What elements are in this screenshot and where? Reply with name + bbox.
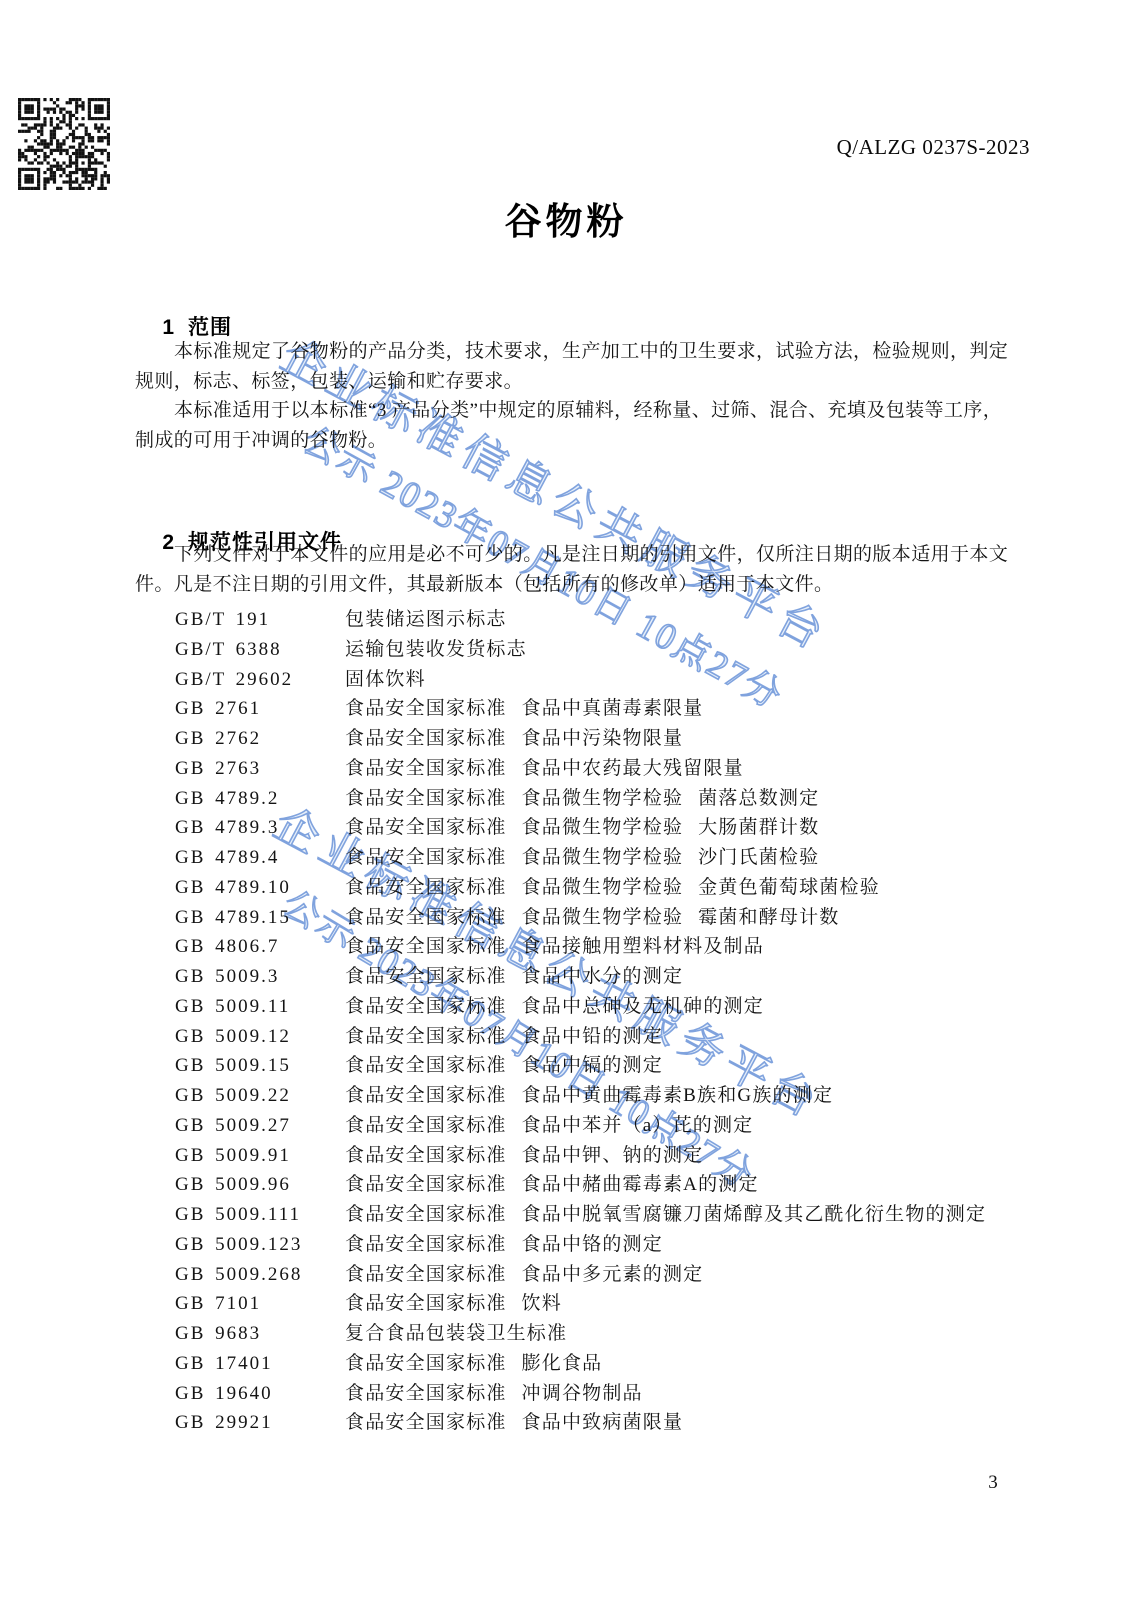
text-line: 规则，标志、标签，包装、运输和贮存要求。 (135, 367, 1020, 397)
reference-title: 运输包装收发货标志 (345, 635, 527, 665)
reference-row: GB 5009.27食品安全国家标准 食品中苯并（a）芘的测定 (175, 1111, 1055, 1141)
reference-code: GB 4789.2 (175, 784, 345, 814)
reference-code: GB 4789.4 (175, 843, 345, 873)
reference-row: GB 7101食品安全国家标准 饮料 (175, 1289, 1055, 1319)
reference-row: GB 5009.91食品安全国家标准 食品中钾、钠的测定 (175, 1141, 1055, 1171)
reference-code: GB 29921 (175, 1408, 345, 1438)
reference-code: GB 5009.27 (175, 1111, 345, 1141)
reference-row: GB 4789.4食品安全国家标准 食品微生物学检验 沙门氏菌检验 (175, 843, 1055, 873)
reference-code: GB 4789.3 (175, 813, 345, 843)
page-title: 谷物粉 (0, 191, 1132, 245)
reference-row: GB 29921食品安全国家标准 食品中致病菌限量 (175, 1408, 1055, 1438)
text-line: 件。凡是不注日期的引用文件，其最新版本（包括所有的修改单）适用于本文件。 (135, 570, 1020, 600)
reference-code: GB 5009.268 (175, 1260, 345, 1290)
reference-title: 食品安全国家标准 食品微生物学检验 金黄色葡萄球菌检验 (345, 873, 880, 903)
reference-title: 食品安全国家标准 食品中农药最大残留限量 (345, 754, 744, 784)
reference-row: GB 5009.11食品安全国家标准 食品中总砷及无机砷的测定 (175, 992, 1055, 1022)
reference-title: 食品安全国家标准 食品微生物学检验 沙门氏菌检验 (345, 843, 819, 873)
reference-title: 食品安全国家标准 食品中真菌毒素限量 (345, 694, 703, 724)
references-list: GB/T 191包装储运图示标志GB/T 6388运输包装收发货标志GB/T 2… (175, 605, 1055, 1438)
reference-row: GB 5009.96食品安全国家标准 食品中赭曲霉毒素A的测定 (175, 1170, 1055, 1200)
reference-code: GB 5009.96 (175, 1170, 345, 1200)
reference-code: GB 4789.10 (175, 873, 345, 903)
reference-title: 食品安全国家标准 食品中镉的测定 (345, 1051, 663, 1081)
reference-code: GB 17401 (175, 1349, 345, 1379)
text-line: 下列文件对于本文件的应用是必不可少的。凡是注日期的引用文件，仅所注日期的版本适用… (135, 540, 1020, 570)
scope-paragraphs: 本标准规定了谷物粉的产品分类，技术要求，生产加工中的卫生要求，试验方法，检验规则… (135, 337, 1020, 456)
reference-title: 食品安全国家标准 食品中多元素的测定 (345, 1260, 703, 1290)
text-line: 制成的可用于冲调的谷物粉。 (135, 426, 1020, 456)
reference-title: 食品安全国家标准 食品中总砷及无机砷的测定 (345, 992, 764, 1022)
reference-title: 食品安全国家标准 食品接触用塑料材料及制品 (345, 932, 764, 962)
reference-code: GB 5009.91 (175, 1141, 345, 1171)
reference-title: 食品安全国家标准 冲调谷物制品 (345, 1379, 643, 1409)
reference-row: GB 5009.111食品安全国家标准 食品中脱氧雪腐镰刀菌烯醇及其乙酰化衍生物… (175, 1200, 1055, 1230)
reference-row: GB 5009.123食品安全国家标准 食品中铬的测定 (175, 1230, 1055, 1260)
page-number: 3 (980, 1472, 1006, 1494)
reference-row: GB/T 191包装储运图示标志 (175, 605, 1055, 635)
reference-title: 食品安全国家标准 食品中钾、钠的测定 (345, 1141, 703, 1171)
reference-row: GB 5009.12食品安全国家标准 食品中铅的测定 (175, 1022, 1055, 1052)
reference-row: GB/T 29602固体饮料 (175, 665, 1055, 695)
reference-row: GB 4806.7食品安全国家标准 食品接触用塑料材料及制品 (175, 932, 1055, 962)
reference-row: GB 2762食品安全国家标准 食品中污染物限量 (175, 724, 1055, 754)
document-page: Q/ALZG 0237S-2023 谷物粉 企业标准信息公共服务平台 公示 20… (0, 0, 1132, 1600)
reference-title: 包装储运图示标志 (345, 605, 507, 635)
reference-row: GB 2761食品安全国家标准 食品中真菌毒素限量 (175, 694, 1055, 724)
reference-title: 食品安全国家标准 膨化食品 (345, 1349, 602, 1379)
reference-title: 食品安全国家标准 食品微生物学检验 大肠菌群计数 (345, 813, 819, 843)
section-title: 范围 (188, 316, 232, 339)
reference-code: GB/T 29602 (175, 665, 345, 695)
reference-title: 食品安全国家标准 食品中铬的测定 (345, 1230, 663, 1260)
reference-title: 食品安全国家标准 食品中脱氧雪腐镰刀菌烯醇及其乙酰化衍生物的测定 (345, 1200, 986, 1230)
reference-code: GB 4789.15 (175, 903, 345, 933)
reference-row: GB/T 6388运输包装收发货标志 (175, 635, 1055, 665)
reference-code: GB 2762 (175, 724, 345, 754)
reference-title: 食品安全国家标准 食品中苯并（a）芘的测定 (345, 1111, 753, 1141)
reference-title: 食品安全国家标准 食品中黄曲霉毒素B族和G族的测定 (345, 1081, 833, 1111)
reference-row: GB 5009.22食品安全国家标准 食品中黄曲霉毒素B族和G族的测定 (175, 1081, 1055, 1111)
reference-row: GB 5009.3食品安全国家标准 食品中水分的测定 (175, 962, 1055, 992)
reference-code: GB/T 191 (175, 605, 345, 635)
reference-title: 食品安全国家标准 食品中污染物限量 (345, 724, 683, 754)
reference-title: 食品安全国家标准 食品中铅的测定 (345, 1022, 663, 1052)
reference-title: 食品安全国家标准 食品微生物学检验 菌落总数测定 (345, 784, 819, 814)
reference-row: GB 4789.2食品安全国家标准 食品微生物学检验 菌落总数测定 (175, 784, 1055, 814)
reference-row: GB 4789.15食品安全国家标准 食品微生物学检验 霉菌和酵母计数 (175, 903, 1055, 933)
reference-code: GB 2761 (175, 694, 345, 724)
normative-intro-paragraph: 下列文件对于本文件的应用是必不可少的。凡是注日期的引用文件，仅所注日期的版本适用… (135, 540, 1020, 599)
reference-row: GB 2763食品安全国家标准 食品中农药最大残留限量 (175, 754, 1055, 784)
reference-row: GB 4789.3食品安全国家标准 食品微生物学检验 大肠菌群计数 (175, 813, 1055, 843)
reference-title: 食品安全国家标准 食品中水分的测定 (345, 962, 683, 992)
reference-code: GB 5009.15 (175, 1051, 345, 1081)
text-line: 本标准规定了谷物粉的产品分类，技术要求，生产加工中的卫生要求，试验方法，检验规则… (135, 337, 1020, 367)
reference-code: GB 5009.11 (175, 992, 345, 1022)
reference-title: 复合食品包装袋卫生标准 (345, 1319, 567, 1349)
reference-code: GB 5009.3 (175, 962, 345, 992)
reference-title: 食品安全国家标准 饮料 (345, 1289, 562, 1319)
reference-code: GB 2763 (175, 754, 345, 784)
text-line: 本标准适用于以本标准“3 产品分类”中规定的原辅料，经称量、过筛、混合、充填及包… (135, 396, 1020, 426)
reference-title: 食品安全国家标准 食品微生物学检验 霉菌和酵母计数 (345, 903, 840, 933)
reference-row: GB 4789.10食品安全国家标准 食品微生物学检验 金黄色葡萄球菌检验 (175, 873, 1055, 903)
reference-row: GB 5009.268食品安全国家标准 食品中多元素的测定 (175, 1260, 1055, 1290)
reference-row: GB 17401食品安全国家标准 膨化食品 (175, 1349, 1055, 1379)
reference-code: GB 5009.123 (175, 1230, 345, 1260)
reference-code: GB 7101 (175, 1289, 345, 1319)
reference-code: GB 19640 (175, 1379, 345, 1409)
reference-code: GB 9683 (175, 1319, 345, 1349)
reference-title: 食品安全国家标准 食品中赭曲霉毒素A的测定 (345, 1170, 759, 1200)
doc-code: Q/ALZG 0237S-2023 (837, 135, 1030, 160)
reference-code: GB 5009.22 (175, 1081, 345, 1111)
reference-row: GB 5009.15食品安全国家标准 食品中镉的测定 (175, 1051, 1055, 1081)
reference-title: 食品安全国家标准 食品中致病菌限量 (345, 1408, 683, 1438)
reference-row: GB 19640食品安全国家标准 冲调谷物制品 (175, 1379, 1055, 1409)
qr-code (18, 98, 110, 190)
reference-code: GB 5009.111 (175, 1200, 345, 1230)
reference-title: 固体饮料 (345, 665, 426, 695)
reference-code: GB 5009.12 (175, 1022, 345, 1052)
reference-code: GB/T 6388 (175, 635, 345, 665)
reference-code: GB 4806.7 (175, 932, 345, 962)
reference-row: GB 9683复合食品包装袋卫生标准 (175, 1319, 1055, 1349)
